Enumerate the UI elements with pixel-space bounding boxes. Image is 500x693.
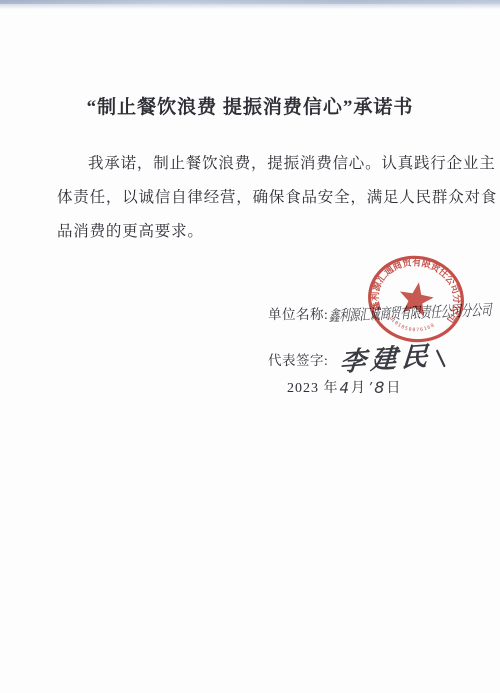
date-line: 2023 年4月’8日 (287, 377, 401, 397)
seal-star-icon (396, 279, 435, 317)
company-seal-stamp: 鑫利源汇通商贸有限责任公司分公司 1101050076168 (360, 249, 472, 353)
document-body-paragraph: 我承诺，制止餐饮浪费，提振消费信心。认真践行企业主 体责任，以诚信自律经营，确保… (57, 147, 457, 249)
unit-name-label: 单位名称: (268, 307, 328, 322)
date-month-label: 月 (351, 381, 366, 396)
date-day-handwritten: 8 (374, 378, 385, 397)
body-line: 品消费的更高要求。 (57, 215, 457, 249)
date-month-handwritten: 4 (340, 379, 351, 397)
date-pen-mark: ’ (368, 381, 373, 396)
body-line: 体责任，以诚信自律经营，确保食品安全，满足人民群众对食 (57, 181, 457, 215)
scanned-document-page: “制止餐饮浪费 提振消费信心”承诺书 我承诺，制止餐饮浪费，提振消费信心。认真践… (0, 0, 500, 693)
document-title: “制止餐饮浪费 提振消费信心”承诺书 (0, 92, 500, 119)
date-year: 2023 年 (287, 381, 339, 396)
scan-artifact-top-edge (0, 0, 500, 10)
date-day-label: 日 (386, 381, 401, 396)
representative-signature-label: 代表签字: (268, 353, 328, 368)
body-line: 我承诺，制止餐饮浪费，提振消费信心。认真践行企业主 (57, 147, 457, 181)
